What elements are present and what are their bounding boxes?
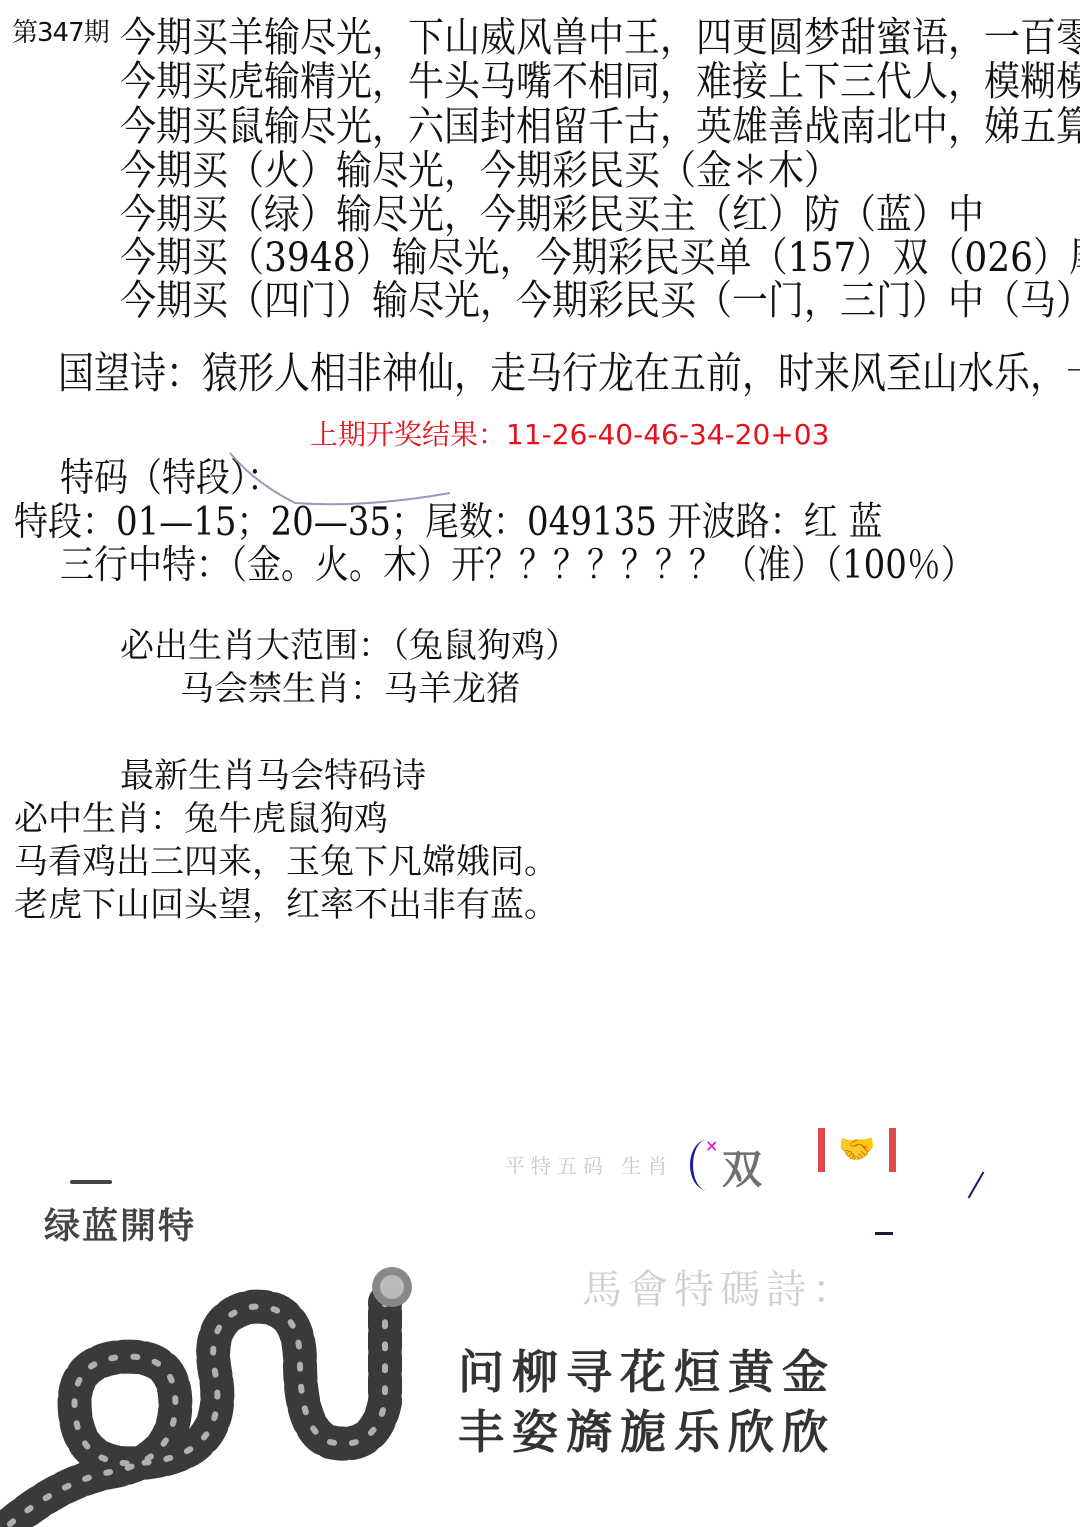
footer-verse-2: 丰姿旖旎乐欣欣 <box>458 1396 836 1462</box>
last-result-label: 上期开奖结果： <box>310 418 506 451</box>
pink-x-mark: × <box>705 1136 718 1155</box>
issue-number: 第347期 <box>12 12 109 49</box>
last-result: 上期开奖结果：11-26-40-46-34-20+03 <box>310 413 829 453</box>
handshake-icon: 🤝 <box>818 1128 896 1172</box>
must-zodiac: 必中生肖：兔牛虎鼠狗鸡 <box>14 791 388 840</box>
slash-mark <box>968 1172 985 1199</box>
poem-verse-2: 老虎下山回头望，红率不出非有蓝。 <box>14 877 558 926</box>
zodiac-range: 必出生肖大范围：（兔鼠狗鸡） <box>120 618 579 667</box>
latest-poem-title: 最新生肖马会特码诗 <box>120 748 426 797</box>
dash-mark <box>875 1232 893 1235</box>
green-blue-label: 绿蓝開特 <box>44 1198 196 1249</box>
last-result-numbers: 11-26-40-46-34-20+03 <box>506 418 829 451</box>
overbar-mark <box>70 1180 112 1184</box>
faded-header-text: 平特五码 生肖 <box>505 1150 673 1179</box>
footer-verse-1: 问柳寻花烜黄金 <box>458 1336 836 1402</box>
shuang-char: 双 <box>722 1138 762 1195</box>
text-line-7: 今期买（四门）输尽光，今期彩民买（一门，三门）中（马） <box>120 269 1080 326</box>
sanxing-line: 三行中特：（金。火。木）开？？？？？？？（准）（100％） <box>60 533 975 589</box>
guowang-poem: 国望诗：猿形人相非神仙，走马行龙在五前，时来风至山水乐，一虎山出蛇上天。 <box>58 340 1080 401</box>
zodiac-banned: 马会禁生肖：马羊龙猪 <box>180 661 520 710</box>
snake-illustration <box>0 1262 460 1527</box>
mahui-poem-title: 馬會特碼詩： <box>582 1258 858 1315</box>
poem-verse-1: 马看鸡出三四来，玉兔下凡嫦娥同。 <box>14 834 558 883</box>
